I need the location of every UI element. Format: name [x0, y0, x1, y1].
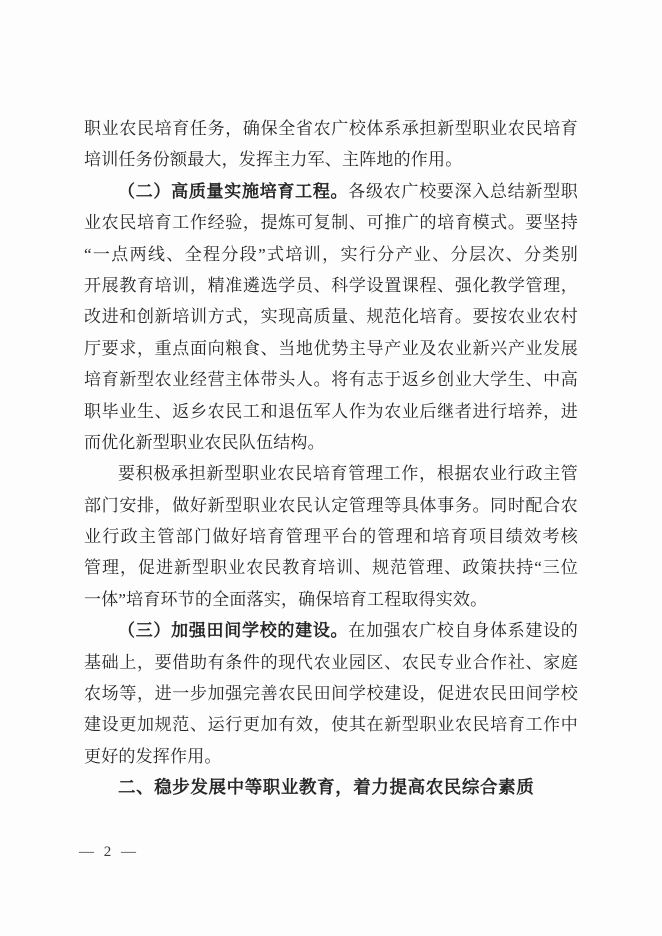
- text-segment: 要积极承担新型职业农民培育管理工作，根据农业行政主管: [118, 464, 578, 483]
- text-segment: 培育新型农业经营主体带头人。将有志于返乡创业大学生、中高: [84, 370, 578, 389]
- text-segment: 一体”培育环节的全面落实，确保培育工程取得实效。: [84, 590, 487, 609]
- text-line: 改进和创新培训方式，实现高质量、规范化培育。要按农业农村: [84, 301, 578, 332]
- text-segment: 建设更加规范、运行更加有效，使其在新型职业农民培育工作中: [84, 715, 578, 734]
- para-management-duties: 要积极承担新型职业农民培育管理工作，根据农业行政主管部门安排，做好新型职业农民认…: [84, 458, 578, 615]
- document-body: 职业农民培育任务，确保全省农广校体系承担新型职业农民培育培训任务份额最大，发挥主…: [84, 113, 578, 804]
- text-line: （二）高质量实施培育工程。各级农广校要深入总结新型职: [84, 176, 578, 207]
- text-line: （三）加强田间学校的建设。在加强农广校自身体系建设的: [84, 615, 578, 646]
- text-segment: 开展教育培训，精准遴选学员、科学设置课程、强化教学管理，: [84, 276, 578, 295]
- text-segment: 改进和创新培训方式，实现高质量、规范化培育。要按农业农村: [84, 307, 578, 326]
- text-segment: 职业农民培育任务，确保全省农广校体系承担新型职业农民培育: [84, 119, 578, 138]
- bold-subsection-heading: （三）加强田间学校的建设。: [118, 621, 348, 640]
- text-line: 建设更加规范、运行更加有效，使其在新型职业农民培育工作中: [84, 709, 578, 740]
- text-segment: 二、稳步发展中等职业教育，着力提高农民综合素质: [118, 777, 534, 797]
- text-line: “一点两线、全程分段”式培训，实行分产业、分层次、分类别: [84, 239, 578, 270]
- text-segment: 业农民培育工作经验，提炼可复制、可推广的培育模式。要坚持: [84, 213, 578, 232]
- para-section-3-field-schools: （三）加强田间学校的建设。在加强农广校自身体系建设的基础上，要借助有条件的现代农…: [84, 615, 578, 772]
- text-segment: 在加强农广校自身体系建设的: [348, 621, 578, 640]
- text-line: 厅要求，重点面向粮食、当地优势主导产业及农业新兴产业发展: [84, 333, 578, 364]
- text-segment: 厅要求，重点面向粮食、当地优势主导产业及农业新兴产业发展: [84, 339, 578, 358]
- para-heading-section-two: 二、稳步发展中等职业教育，着力提高农民综合素质: [84, 772, 578, 803]
- text-line: 二、稳步发展中等职业教育，着力提高农民综合素质: [84, 772, 578, 803]
- text-segment: 业行政主管部门做好培育管理平台的管理和培育项目绩效考核: [84, 527, 578, 546]
- text-line: 职毕业生、返乡农民工和退伍军人作为农业后继者进行培养，进: [84, 396, 578, 427]
- text-line: 业行政主管部门做好培育管理平台的管理和培育项目绩效考核: [84, 521, 578, 552]
- text-segment: 部门安排，做好新型职业农民认定管理等具体事务。同时配合农: [84, 496, 578, 515]
- text-line: 培训任务份额最大，发挥主力军、主阵地的作用。: [84, 144, 578, 175]
- text-line: 开展教育培训，精准遴选学员、科学设置课程、强化教学管理，: [84, 270, 578, 301]
- text-line: 一体”培育环节的全面落实，确保培育工程取得实效。: [84, 584, 578, 615]
- text-segment: 基础上，要借助有条件的现代农业园区、农民专业合作社、家庭: [84, 653, 578, 672]
- text-segment: “一点两线、全程分段”式培训，实行分产业、分层次、分类别: [84, 245, 578, 264]
- text-line: 而优化新型职业农民队伍结构。: [84, 427, 578, 458]
- text-line: 更好的发挥作用。: [84, 741, 578, 772]
- bold-subsection-heading: （二）高质量实施培育工程。: [118, 182, 348, 201]
- text-line: 职业农民培育任务，确保全省农广校体系承担新型职业农民培育: [84, 113, 578, 144]
- text-line: 农场等，进一步加强完善农民田间学校建设，促进农民田间学校: [84, 678, 578, 709]
- text-line: 部门安排，做好新型职业农民认定管理等具体事务。同时配合农: [84, 490, 578, 521]
- text-line: 培育新型农业经营主体带头人。将有志于返乡创业大学生、中高: [84, 364, 578, 395]
- text-line: 基础上，要借助有条件的现代农业园区、农民专业合作社、家庭: [84, 647, 578, 678]
- text-segment: 更好的发挥作用。: [84, 747, 222, 766]
- text-segment: 职毕业生、返乡农民工和退伍军人作为农业后继者进行培养，进: [84, 402, 578, 421]
- text-line: 要积极承担新型职业农民培育管理工作，根据农业行政主管: [84, 458, 578, 489]
- page-number: — 2 —: [79, 843, 139, 861]
- text-segment: 管理，促进新型职业农民教育培训、规范管理、政策扶持“三位: [84, 558, 578, 577]
- para-section-2-implement-cultivation-project: （二）高质量实施培育工程。各级农广校要深入总结新型职业农民培育工作经验，提炼可复…: [84, 176, 578, 459]
- text-segment: 培训任务份额最大，发挥主力军、主阵地的作用。: [84, 150, 462, 169]
- text-segment: 农场等，进一步加强完善农民田间学校建设，促进农民田间学校: [84, 684, 578, 703]
- text-line: 管理，促进新型职业农民教育培训、规范管理、政策扶持“三位: [84, 552, 578, 583]
- text-segment: 各级农广校要深入总结新型职: [348, 182, 578, 201]
- para-continuation: 职业农民培育任务，确保全省农广校体系承担新型职业农民培育培训任务份额最大，发挥主…: [84, 113, 578, 176]
- text-segment: 而优化新型职业农民队伍结构。: [84, 433, 325, 452]
- document-page: 职业农民培育任务，确保全省农广校体系承担新型职业农民培育培训任务份额最大，发挥主…: [0, 0, 662, 936]
- text-line: 业农民培育工作经验，提炼可复制、可推广的培育模式。要坚持: [84, 207, 578, 238]
